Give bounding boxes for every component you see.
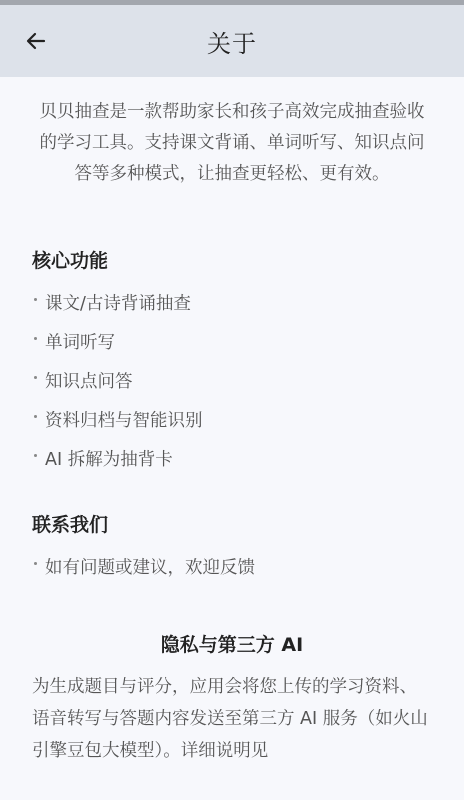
bullet-icon <box>34 376 37 379</box>
list-item: 单词听写 <box>32 324 432 363</box>
list-item: 资料归档与智能识别 <box>32 402 432 441</box>
app-bar: 关于 <box>0 5 464 77</box>
bullet-icon <box>34 454 37 457</box>
bullet-icon <box>34 298 37 301</box>
list-item: 如有问题或建议，欢迎反馈 <box>32 549 432 588</box>
list-item: 知识点问答 <box>32 363 432 402</box>
arrow-left-icon <box>25 30 47 56</box>
privacy-title: 隐私与第三方 AI <box>32 630 432 657</box>
about-content: 贝贝抽查是一款帮助家长和孩子高效完成抽查验收的学习工具。支持课文背诵、单词听写、… <box>0 97 464 767</box>
privacy-text: 为生成题目与评分，应用会将您上传的学习资料、语音转写与答题内容发送至第三方 AI… <box>32 671 432 767</box>
contact-title: 联系我们 <box>32 510 432 537</box>
intro-text: 贝贝抽查是一款帮助家长和孩子高效完成抽查验收的学习工具。支持课文背诵、单词听写、… <box>32 97 432 190</box>
bullet-icon <box>34 337 37 340</box>
page-title: 关于 <box>207 24 257 59</box>
core-features-list: 课文/古诗背诵抽查 单词听写 知识点问答 资料归档与智能识别 AI 拆解为抽背卡 <box>32 285 432 480</box>
contact-list: 如有问题或建议，欢迎反馈 <box>32 549 432 588</box>
bullet-icon <box>34 415 37 418</box>
core-features-title: 核心功能 <box>32 246 432 273</box>
list-item: 课文/古诗背诵抽查 <box>32 285 432 324</box>
back-button[interactable] <box>22 29 50 57</box>
list-item: AI 拆解为抽背卡 <box>32 441 432 480</box>
bullet-icon <box>34 562 37 565</box>
